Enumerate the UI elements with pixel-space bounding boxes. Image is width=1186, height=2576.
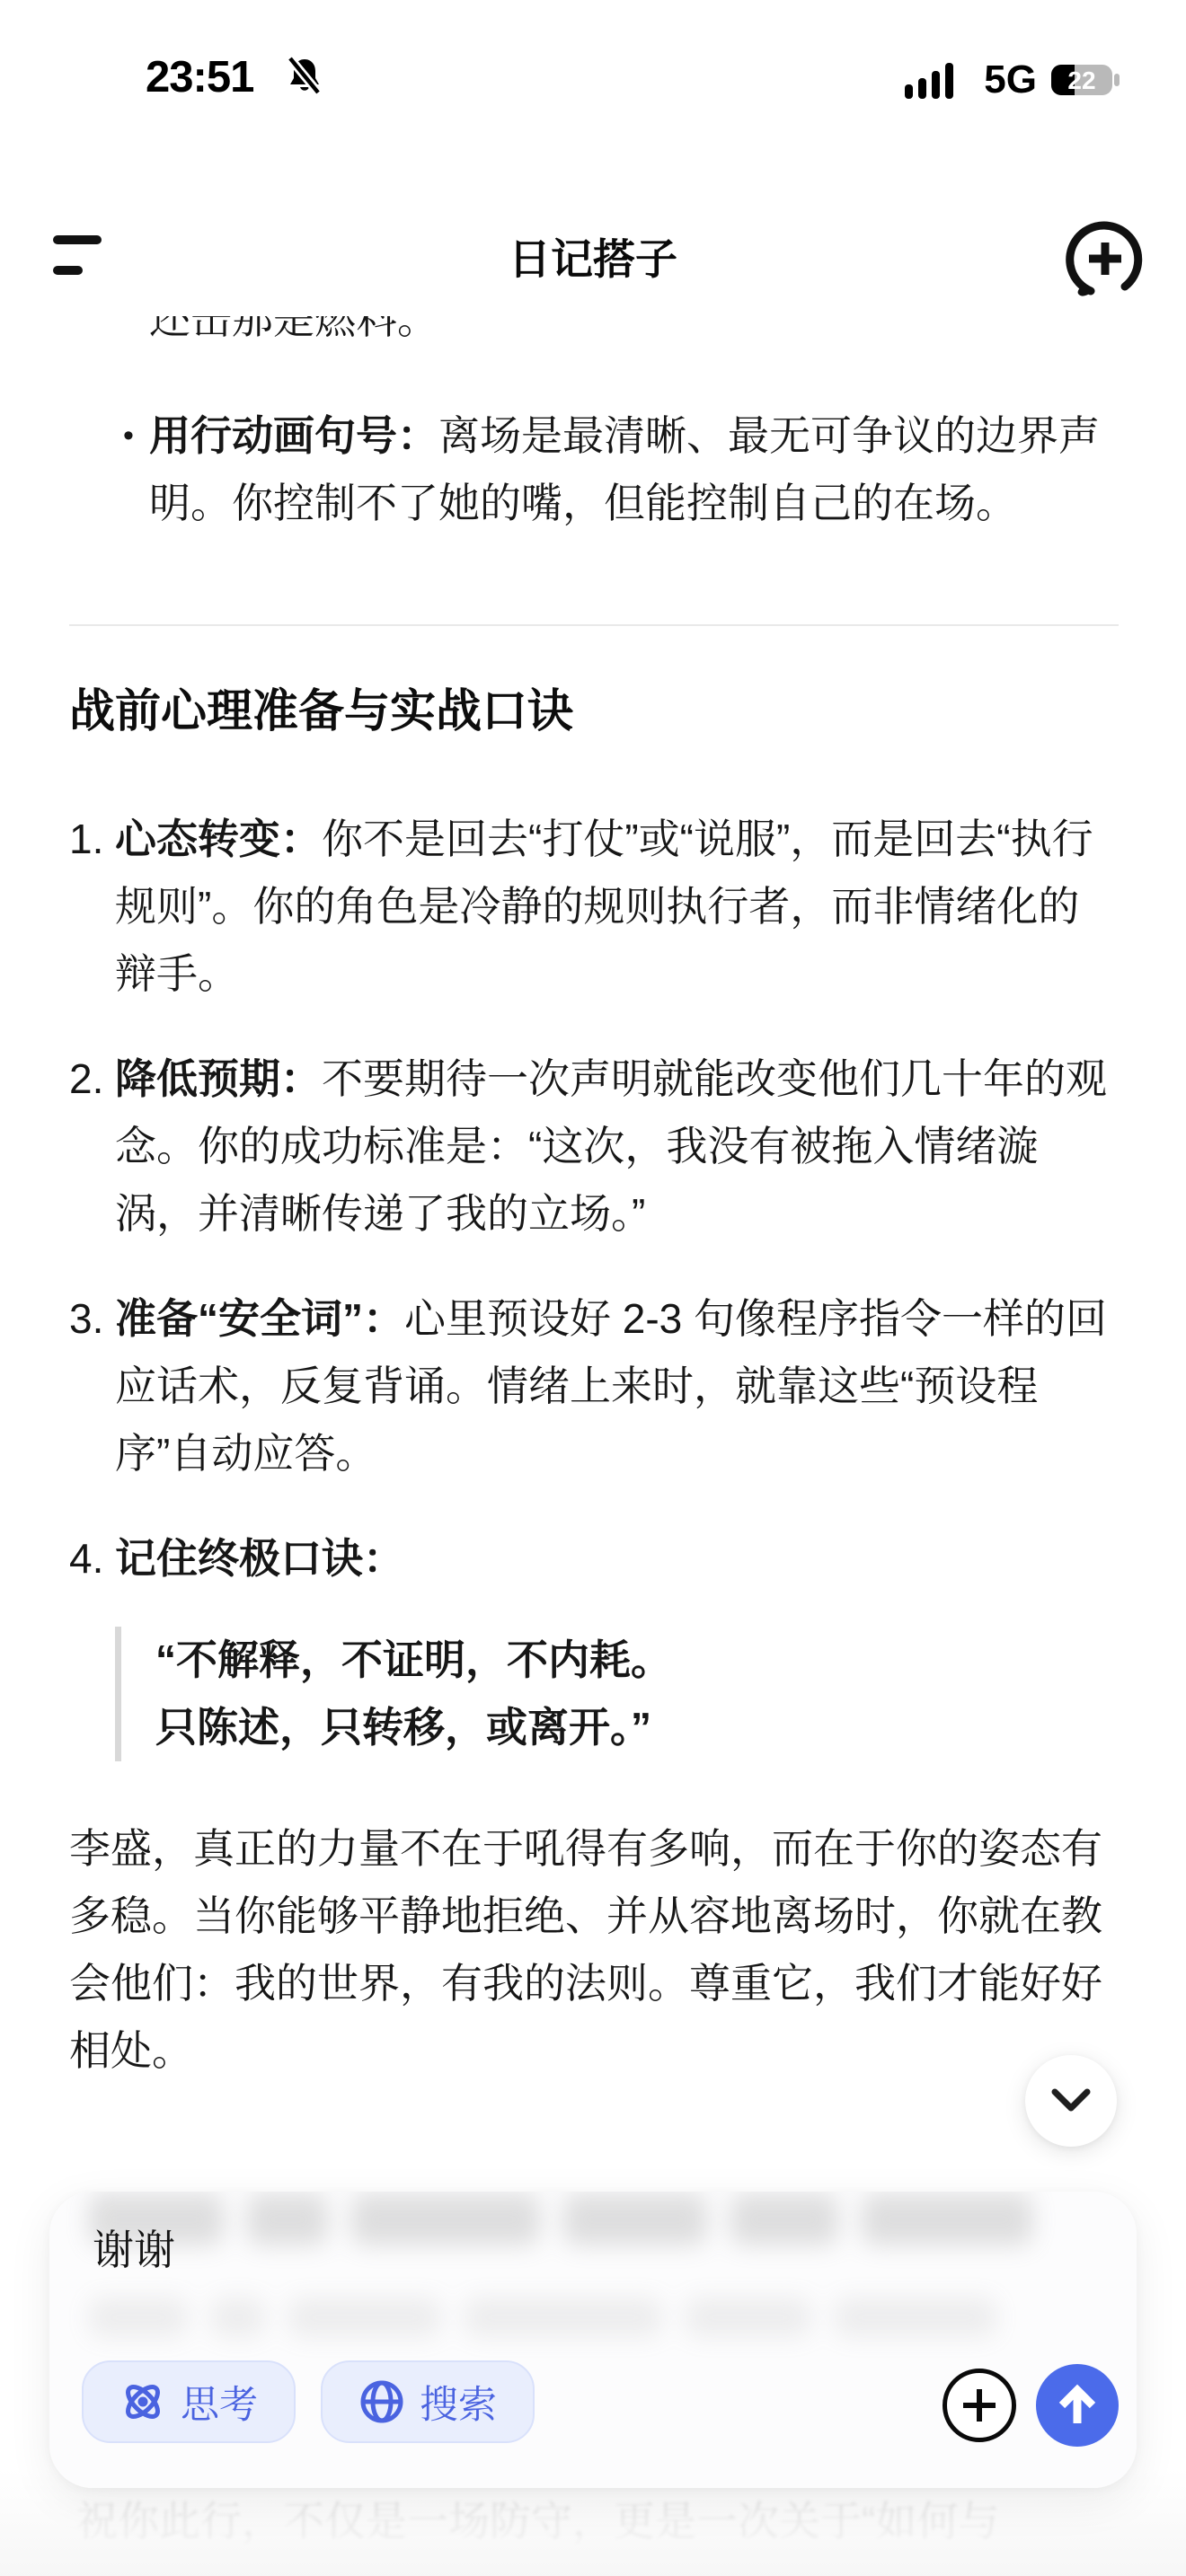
attach-button[interactable] <box>943 2369 1016 2442</box>
arrow-up-icon <box>1056 2382 1099 2429</box>
search-label: 搜索 <box>420 2375 497 2430</box>
top-chrome: 23:51 5G <box>0 0 1186 316</box>
composer-actions <box>943 2364 1119 2447</box>
bullet-text: 用行动画句号：离场是最清晰、最无可争议的边界声明。你控制不了她的嘴，但能控制自己… <box>149 402 1119 537</box>
plus-icon <box>960 2386 999 2425</box>
atom-icon <box>119 2378 166 2425</box>
search-toggle-button[interactable]: 搜索 <box>321 2360 535 2443</box>
battery-icon: 22 <box>1051 62 1121 98</box>
status-bar: 23:51 5G <box>0 52 1186 102</box>
app-screen: 还击那是燃料。 • 用行动画句号：离场是最清晰、最无可争议的边界声明。你控制不了… <box>0 0 1186 2576</box>
list-item: 2. 降低预期：不要期待一次声明就能改变他们几十年的观念。你的成功标准是：“这次… <box>69 1045 1119 1248</box>
page-title: 日记搭子 <box>0 226 1186 287</box>
bullet-lead: 用行动画句号： <box>149 412 438 459</box>
numbered-list: 1. 心态转变：你不是回去“打仗”或“说服”，而是回去“执行规则”。你的角色是冷… <box>0 806 1119 1761</box>
section-title: 战前心理准备与实战口诀 <box>0 680 1119 743</box>
quote-line: 只陈述，只转移，或离开。” <box>155 1694 1119 1761</box>
list-lead: 降低预期： <box>115 1055 322 1102</box>
list-item: 1. 心态转变：你不是回去“打仗”或“说服”，而是回去“执行规则”。你的角色是冷… <box>69 806 1119 1008</box>
think-toggle-button[interactable]: 思考 <box>82 2360 296 2443</box>
list-item-body: 降低预期：不要期待一次声明就能改变他们几十年的观念。你的成功标准是：“这次，我没… <box>115 1045 1119 1248</box>
list-item-body: 心态转变：你不是回去“打仗”或“说服”，而是回去“执行规则”。你的角色是冷静的规… <box>115 806 1119 1008</box>
bell-muted-icon <box>286 56 323 101</box>
closing-paragraph: 李盛，真正的力量不在于吼得有多响，而在于你的姿态有多稳。当你能够平静地拒绝、并从… <box>0 1815 1119 2085</box>
list-number: 2. <box>69 1045 115 1248</box>
section-divider <box>69 624 1119 626</box>
blurred-content <box>89 2298 1097 2337</box>
bullet-item: • 用行动画句号：离场是最清晰、最无可争议的边界声明。你控制不了她的嘴，但能控制… <box>0 402 1119 537</box>
new-chat-button[interactable] <box>1060 214 1150 304</box>
globe-icon <box>358 2378 405 2425</box>
app-header: 日记搭子 <box>0 214 1186 304</box>
list-lead: 准备“安全词”： <box>115 1295 404 1342</box>
bullet-marker: • <box>123 402 149 537</box>
list-number: 3. <box>69 1285 115 1487</box>
message-input[interactable]: 谢谢 <box>93 2222 175 2278</box>
status-right-cluster: 5G 22 <box>903 57 1121 102</box>
scroll-to-bottom-button[interactable] <box>1025 2055 1117 2147</box>
list-item-body: 记住终极口诀： “不解释，不证明，不内耗。 只陈述，只转移，或离开。” <box>115 1525 1119 1761</box>
svg-text:22: 22 <box>1067 66 1095 94</box>
blockquote: “不解释，不证明，不内耗。 只陈述，只转移，或离开。” <box>115 1627 1119 1761</box>
signal-bars-icon <box>903 57 969 102</box>
think-label: 思考 <box>181 2375 258 2430</box>
list-lead: 记住终极口诀： <box>115 1535 404 1582</box>
network-type-label: 5G <box>984 57 1037 102</box>
status-time: 23:51 <box>146 52 253 102</box>
list-lead: 心态转变： <box>115 816 322 862</box>
list-item: 3. 准备“安全词”：心里预设好 2-3 句像程序指令一样的回应话术，反复背诵。… <box>69 1285 1119 1487</box>
list-number: 4. <box>69 1525 115 1761</box>
chevron-down-icon <box>1050 2087 1092 2114</box>
list-item: 4. 记住终极口诀： “不解释，不证明，不内耗。 只陈述，只转移，或离开。” <box>69 1525 1119 1761</box>
composer-card: 谢谢 思考 搜索 <box>49 2192 1137 2488</box>
blurred-content <box>89 2193 1097 2245</box>
quote-line: “不解释，不证明，不内耗。 <box>155 1627 1119 1694</box>
send-button[interactable] <box>1036 2364 1119 2447</box>
list-number: 1. <box>69 806 115 1008</box>
composer-toggles: 思考 搜索 <box>82 2360 535 2443</box>
new-chat-bubble-plus-icon <box>1060 214 1150 304</box>
list-item-body: 准备“安全词”：心里预设好 2-3 句像程序指令一样的回应话术，反复背诵。情绪上… <box>115 1285 1119 1487</box>
